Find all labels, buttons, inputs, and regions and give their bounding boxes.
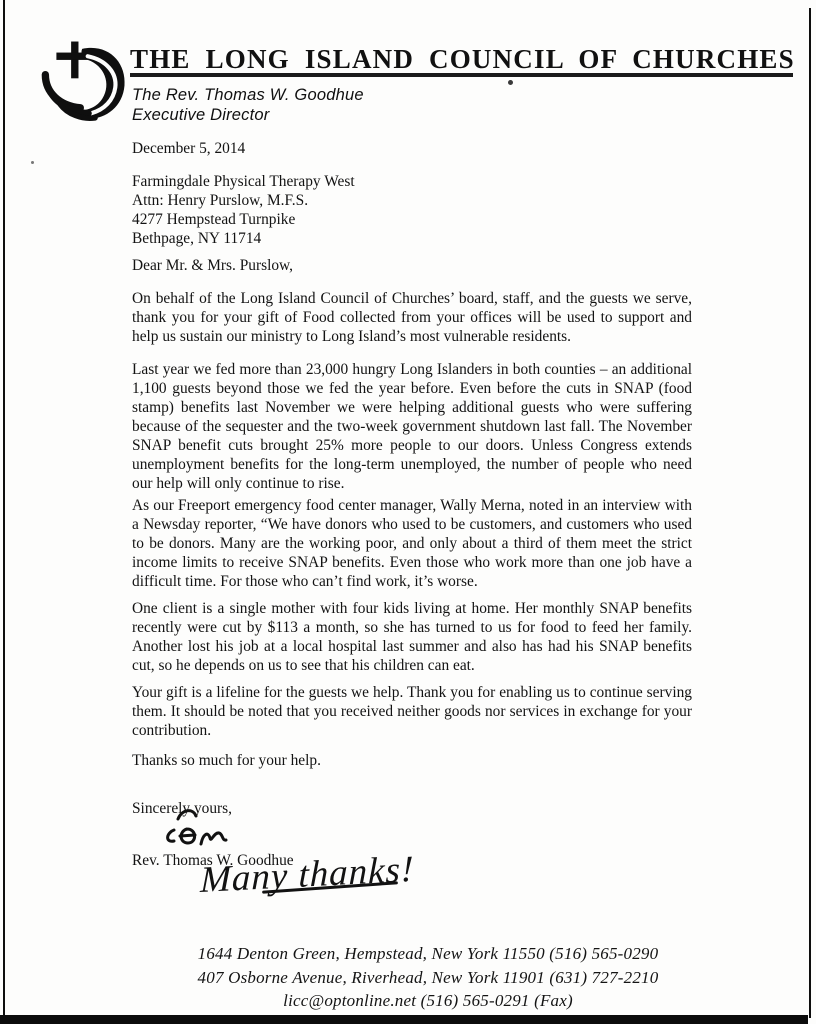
scan-edge-bottom xyxy=(0,1015,808,1024)
recipient-line: Bethpage, NY 11714 xyxy=(132,229,692,248)
body-paragraph: Thanks so much for your help. xyxy=(132,751,692,770)
letter-date: December 5, 2014 xyxy=(132,139,692,158)
footer-line-hempstead: 1644 Denton Green, Hempstead, New York 1… xyxy=(40,942,816,966)
signature-scribble xyxy=(160,806,244,854)
body-paragraph: Last year we fed more than 23,000 hungry… xyxy=(132,360,692,493)
org-name: THE LONG ISLAND COUNCIL OF CHURCHES xyxy=(130,44,794,75)
director-block: The Rev. Thomas W. Goodhue Executive Dir… xyxy=(132,85,364,125)
body-paragraph: As our Freeport emergency food center ma… xyxy=(132,496,692,591)
director-title: Executive Director xyxy=(132,105,364,125)
director-name: The Rev. Thomas W. Goodhue xyxy=(132,85,364,105)
scan-speck xyxy=(31,161,34,164)
body-paragraph: Your gift is a lifeline for the guests w… xyxy=(132,683,692,740)
cross-and-waves-icon xyxy=(38,38,130,126)
body-paragraph: On behalf of the Long Island Council of … xyxy=(132,289,692,346)
recipient-line: 4277 Hempstead Turnpike xyxy=(132,210,692,229)
scan-edge-right xyxy=(809,8,811,1018)
scan-speck xyxy=(508,80,513,85)
footer-line-contact: licc@optonline.net (516) 565-0291 (Fax) xyxy=(40,989,816,1013)
scanned-letter-page: THE LONG ISLAND COUNCIL OF CHURCHES The … xyxy=(0,0,816,1024)
header-rule xyxy=(130,73,793,77)
scan-edge-left xyxy=(3,0,5,1024)
letterhead-footer: 1644 Denton Green, Hempstead, New York 1… xyxy=(0,942,816,1013)
footer-line-riverhead: 407 Osborne Avenue, Riverhead, New York … xyxy=(40,966,816,990)
recipient-line: Farmingdale Physical Therapy West xyxy=(132,172,692,191)
body-paragraph: One client is a single mother with four … xyxy=(132,599,692,675)
recipient-address: Farmingdale Physical Therapy West Attn: … xyxy=(132,172,692,248)
recipient-line: Attn: Henry Purslow, M.F.S. xyxy=(132,191,692,210)
salutation: Dear Mr. & Mrs. Purslow, xyxy=(132,256,692,275)
